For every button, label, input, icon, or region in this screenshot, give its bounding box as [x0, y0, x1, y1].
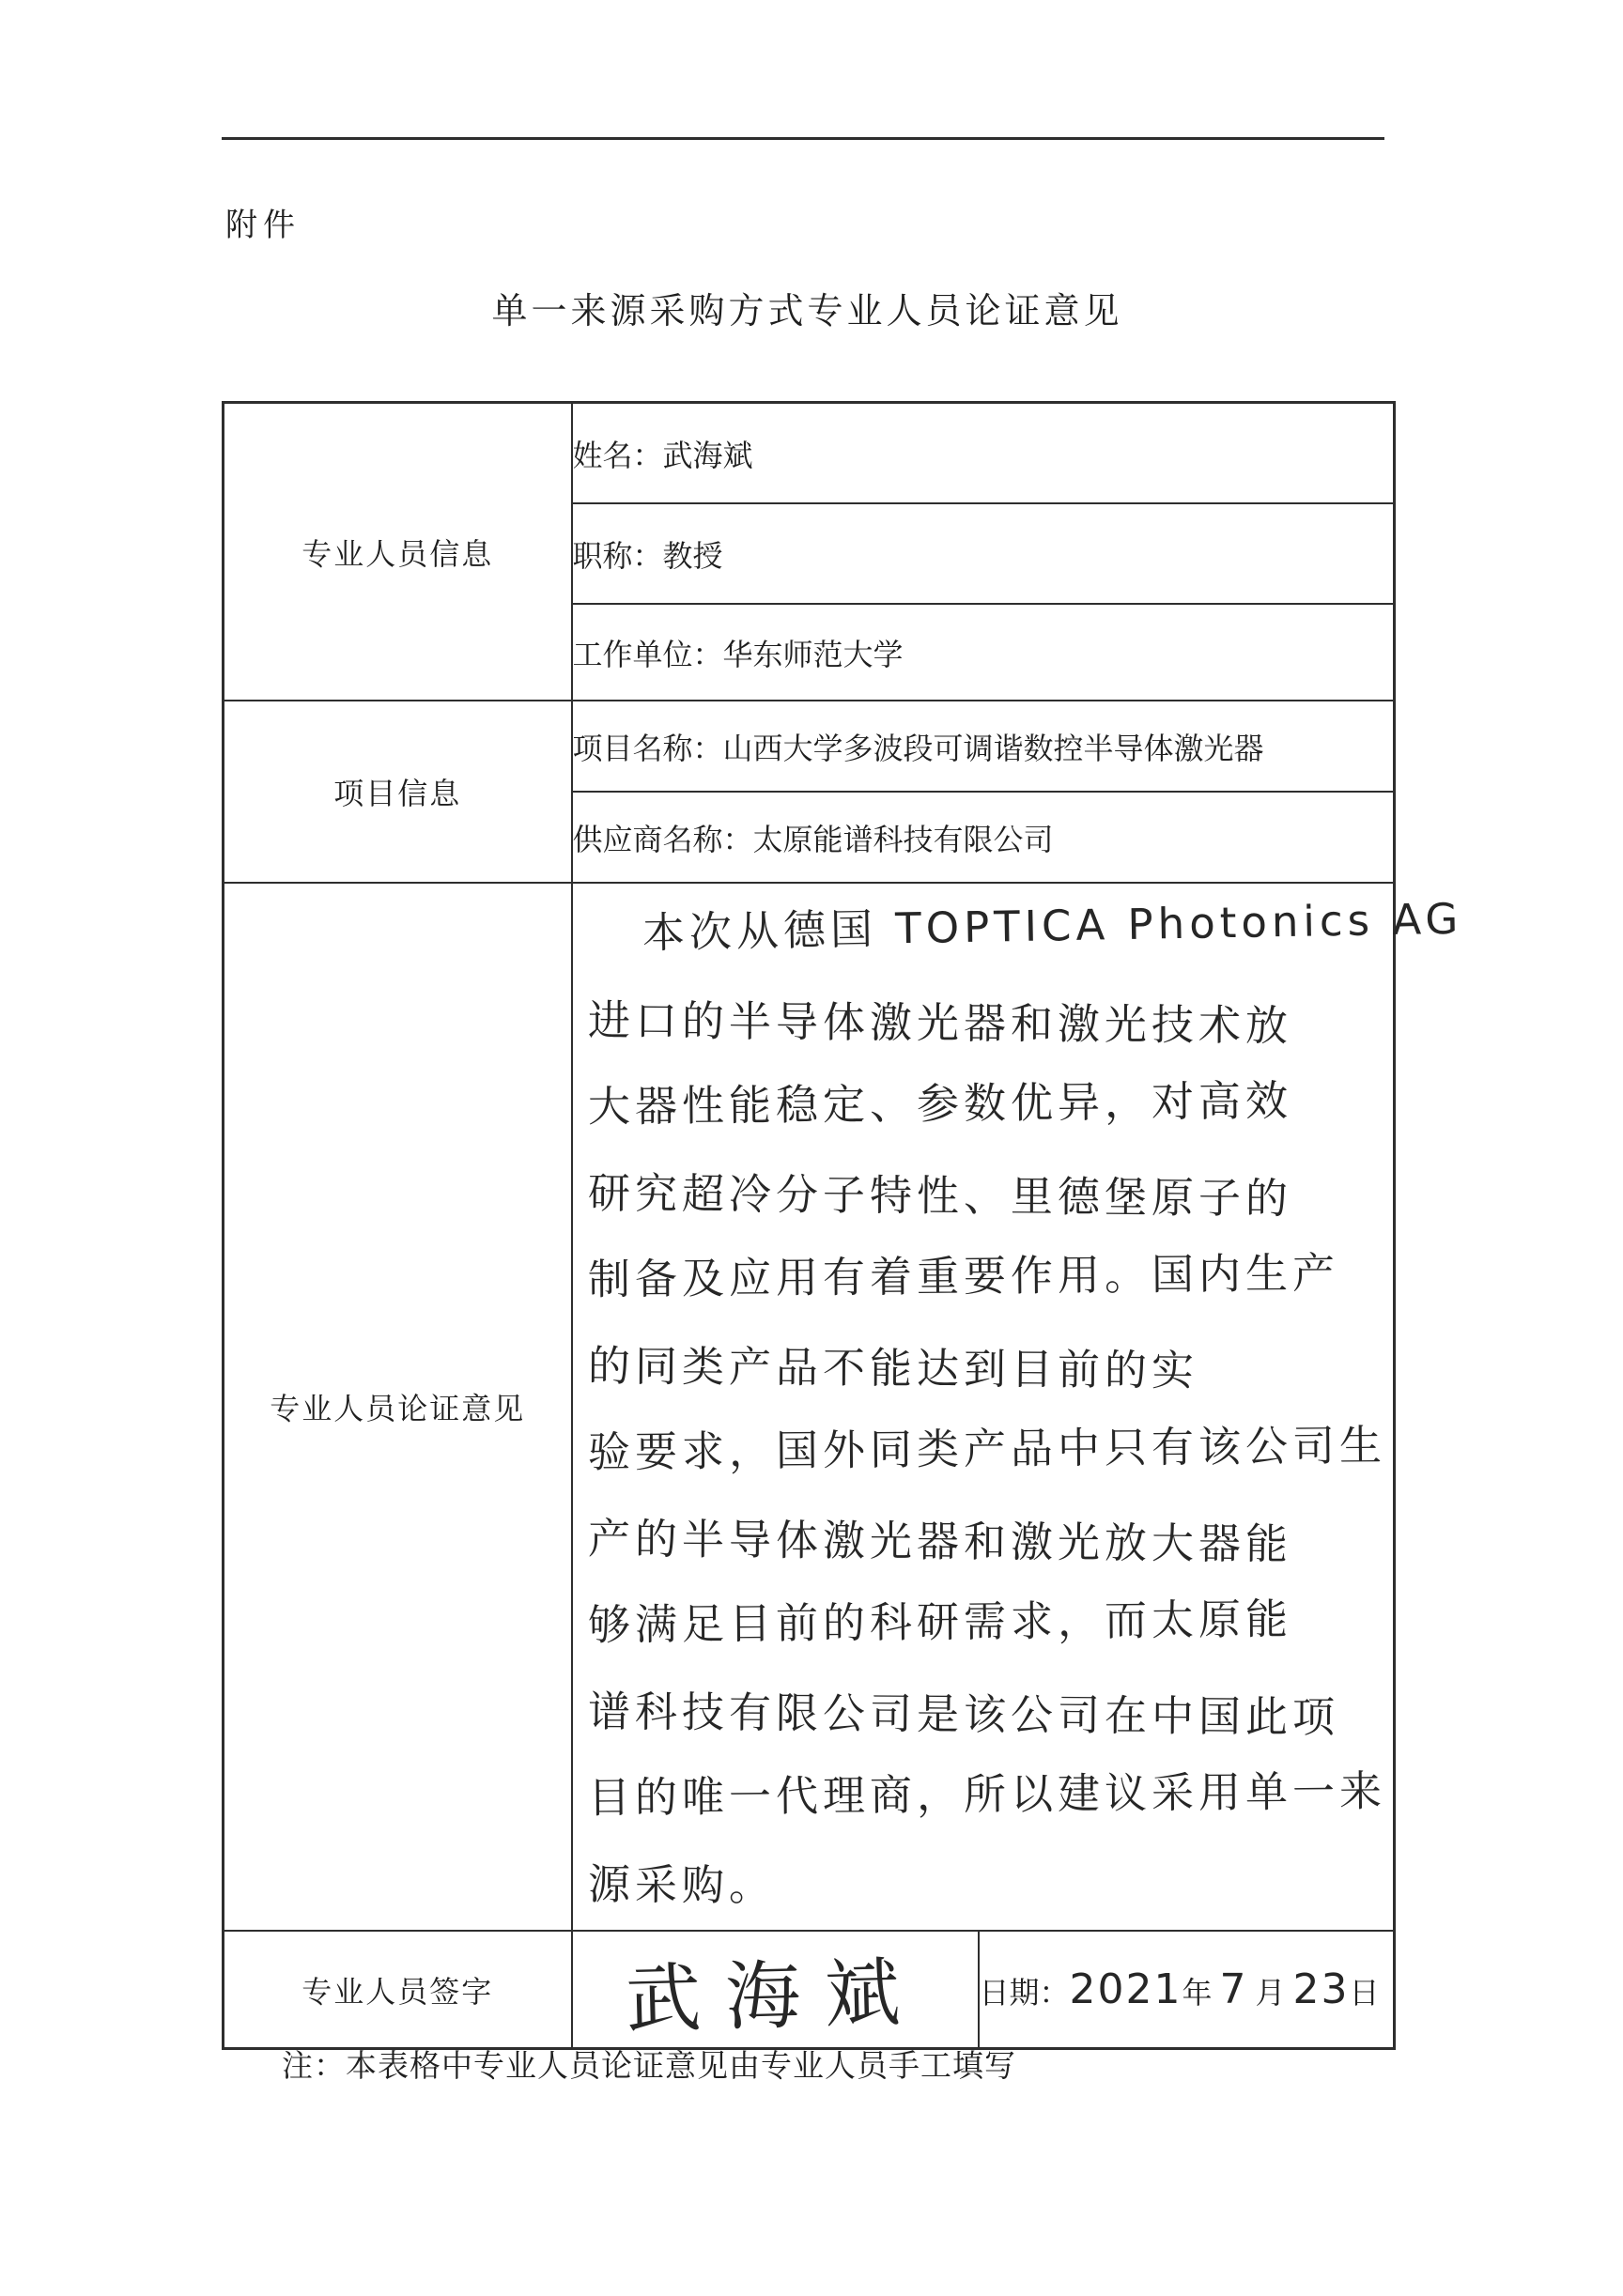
field-employer-value: 华东师范大学 — [723, 638, 904, 671]
date-year-handwritten: 2021 — [1070, 1965, 1182, 2013]
attachment-label: 附件 — [225, 199, 301, 245]
handwritten-opinion: 本次从德国 TOPTICA Photonics AG 进口的半导体激光器和激光技… — [573, 884, 1394, 1930]
table-row: 专业人员论证意见 本次从德国 TOPTICA Photonics AG 进口的半… — [224, 883, 1395, 1931]
opinion-line: 的同类产品不能达到目前的实 — [587, 1323, 1389, 1416]
opinion-line: 目的唯一代理商，所以建议采用单一来 — [587, 1749, 1389, 1841]
field-project-name-value: 山西大学多波段可调谐数控半导体激光器 — [723, 732, 1264, 765]
field-employer-label: 工作单位： — [573, 638, 723, 671]
scanned-form-page: 附件 单一来源采购方式专业人员论证意见 专业人员信息 姓名：武海斌 职称：教授 — [0, 0, 1623, 2296]
footnote: 注：本表格中专业人员论证意见由专业人员手工填写 — [282, 2042, 1016, 2086]
opinion-line: 够满足目前的科研需求，而太原能 — [587, 1576, 1389, 1669]
field-name-value: 武海斌 — [663, 439, 753, 472]
date-label: 日期： — [980, 1976, 1070, 2010]
table-row: 专业人员信息 姓名：武海斌 — [224, 403, 1395, 504]
handwritten-signature: 武海斌 — [625, 1932, 926, 2047]
field-project-name-label: 项目名称： — [573, 732, 723, 765]
signature-cell: 武海斌 — [572, 1931, 979, 2049]
opinion-line: 制备及应用有着重要作用。国内生产 — [587, 1230, 1389, 1323]
opinion-line: 源采购。 — [587, 1841, 1389, 1934]
field-name: 姓名：武海斌 — [572, 403, 1395, 504]
table-row: 专业人员签字 武海斌 日期：2021年 7 月 23日 — [224, 1931, 1395, 2049]
form-table: 专业人员信息 姓名：武海斌 职称：教授 工作单位：华东师范大学 项目信息 项目名… — [222, 401, 1396, 2050]
date-day-unit: 日 — [1350, 1976, 1380, 2010]
row-label-signature: 专业人员签字 — [224, 1931, 572, 2049]
date-month-handwritten: 7 — [1220, 1965, 1248, 2013]
row-label-project-info: 项目信息 — [224, 701, 572, 883]
opinion-line: 进口的半导体激光器和激光技术放 — [587, 978, 1389, 1071]
opinion-line: 谱科技有限公司是该公司在中国此项 — [587, 1669, 1389, 1762]
field-supplier-label: 供应商名称： — [573, 823, 753, 856]
field-title: 职称：教授 — [572, 503, 1395, 604]
field-project-name: 项目名称：山西大学多波段可调谐数控半导体激光器 — [572, 701, 1395, 792]
page-title: 单一来源采购方式专业人员论证意见 — [222, 282, 1393, 333]
row-label-opinion: 专业人员论证意见 — [224, 883, 572, 1931]
header-rule — [222, 137, 1384, 140]
field-name-label: 姓名： — [573, 439, 663, 472]
opinion-line: 本次从德国 TOPTICA Photonics AG — [587, 877, 1390, 978]
date-day-handwritten: 23 — [1293, 1965, 1350, 2013]
field-employer: 工作单位：华东师范大学 — [572, 604, 1395, 701]
opinion-cell: 本次从德国 TOPTICA Photonics AG 进口的半导体激光器和激光技… — [572, 883, 1395, 1931]
opinion-line: 研究超冷分子特性、里德堡原子的 — [587, 1150, 1389, 1243]
opinion-line: 大器性能稳定、参数优异，对高效 — [587, 1057, 1389, 1150]
date-cell: 日期：2021年 7 月 23日 — [979, 1931, 1395, 2049]
field-title-value: 教授 — [663, 539, 723, 573]
field-title-label: 职称： — [573, 539, 663, 573]
opinion-line: 产的半导体激光器和激光放大器能 — [587, 1496, 1389, 1589]
opinion-line: 验要求，国外同类产品中只有该公司生 — [587, 1403, 1389, 1496]
row-label-professional-info: 专业人员信息 — [224, 403, 572, 701]
table-row: 项目信息 项目名称：山西大学多波段可调谐数控半导体激光器 — [224, 701, 1395, 792]
field-supplier-value: 太原能谱科技有限公司 — [753, 823, 1054, 856]
date-month-unit: 月 — [1256, 1976, 1286, 2010]
field-supplier: 供应商名称：太原能谱科技有限公司 — [572, 792, 1395, 883]
date-year-unit: 年 — [1182, 1976, 1213, 2010]
